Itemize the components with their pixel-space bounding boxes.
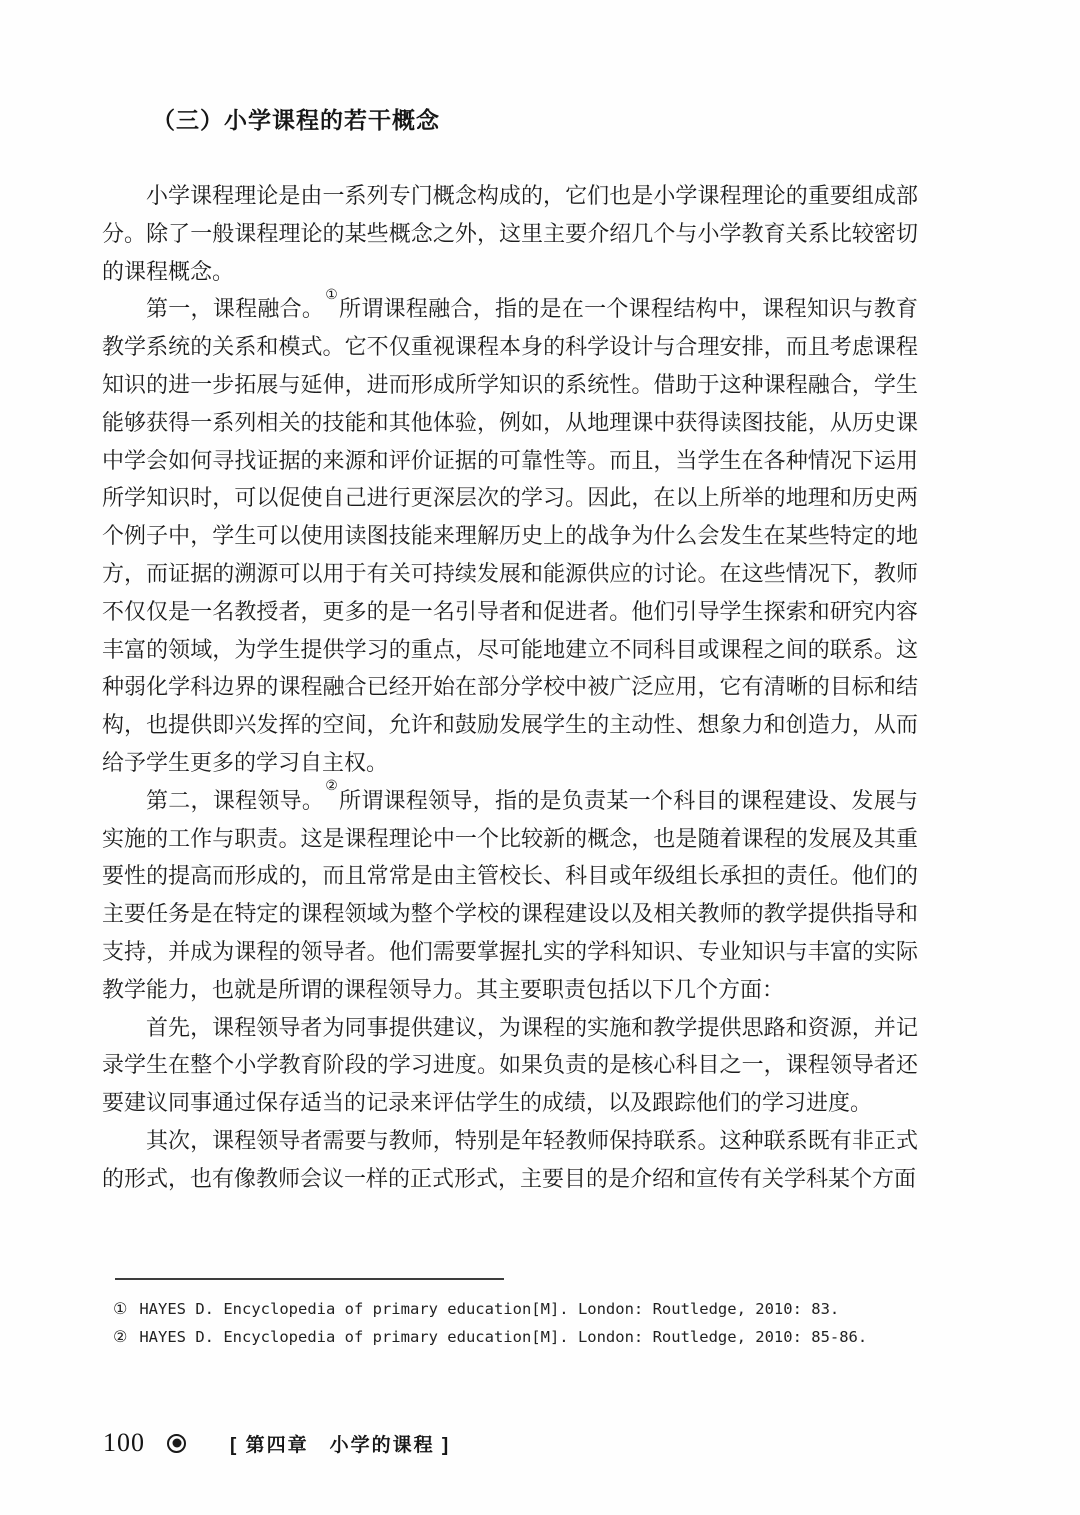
page-number: 100 (103, 1428, 145, 1458)
paragraph-text: 所谓课程融合，指的是在一个课程结构中，课程知识与教育教学系统的关系和模式。它不仅… (102, 296, 918, 775)
paragraph-curriculum-leadership: 第二，课程领导。②所谓课程领导，指的是负责某一个科目的课程建设、发展与实施的工作… (102, 782, 918, 1009)
section-heading: （三）小学课程的若干概念 (102, 102, 918, 135)
paragraph-text: 其次，课程领导者需要与教师，特别是年轻教师保持联系。这种联系既有非正式的形式，也… (102, 1128, 918, 1191)
paragraph-text: 首先，课程领导者为同事提供建议，为课程的实施和教学提供思路和资源，并记录学生在整… (102, 1015, 918, 1116)
paragraph-duty-second: 其次，课程领导者需要与教师，特别是年轻教师保持联系。这种联系既有非正式的形式，也… (102, 1122, 918, 1198)
paragraph-text: 第一，课程融合。 (146, 296, 324, 321)
footnote-marker-1: ① (113, 1299, 127, 1318)
book-page: （三）小学课程的若干概念 小学课程理论是由一系列专门概念构成的，它们也是小学课程… (0, 0, 1080, 1515)
paragraph-intro: 小学课程理论是由一系列专门概念构成的，它们也是小学课程理论的重要组成部分。除了一… (102, 177, 918, 290)
paragraph-curriculum-integration: 第一，课程融合。①所谓课程融合，指的是在一个课程结构中，课程知识与教育教学系统的… (102, 290, 918, 781)
page-footer: 100 [ 第四章 小学的课程 ] (103, 1429, 450, 1457)
paragraph-text: 第二，课程领导。 (146, 788, 324, 813)
footnote-1: ①HAYES D. Encyclopedia of primary educat… (113, 1295, 918, 1323)
footnote-ref-2: ② (324, 779, 339, 794)
footnote-marker-2: ② (113, 1327, 127, 1346)
footnote-separator (115, 1278, 504, 1280)
footnote-area: ①HAYES D. Encyclopedia of primary educat… (102, 1278, 918, 1351)
chapter-label: [ 第四章 小学的课程 ] (230, 1430, 450, 1457)
fisheye-icon (167, 1434, 186, 1453)
footnote-text-1: HAYES D. Encyclopedia of primary educati… (139, 1300, 839, 1318)
footnote-text-2: HAYES D. Encyclopedia of primary educati… (139, 1328, 867, 1346)
paragraph-duty-first: 首先，课程领导者为同事提供建议，为课程的实施和教学提供思路和资源，并记录学生在整… (102, 1009, 918, 1122)
footnote-list: ①HAYES D. Encyclopedia of primary educat… (102, 1295, 918, 1351)
body-text: 小学课程理论是由一系列专门概念构成的，它们也是小学课程理论的重要组成部分。除了一… (102, 177, 918, 1198)
footnote-ref-1: ① (324, 288, 339, 303)
paragraph-text: 所谓课程领导，指的是负责某一个科目的课程建设、发展与实施的工作与职责。这是课程理… (102, 788, 918, 1002)
footnote-2: ②HAYES D. Encyclopedia of primary educat… (113, 1323, 918, 1351)
paragraph-text: 小学课程理论是由一系列专门概念构成的，它们也是小学课程理论的重要组成部分。除了一… (102, 183, 918, 284)
